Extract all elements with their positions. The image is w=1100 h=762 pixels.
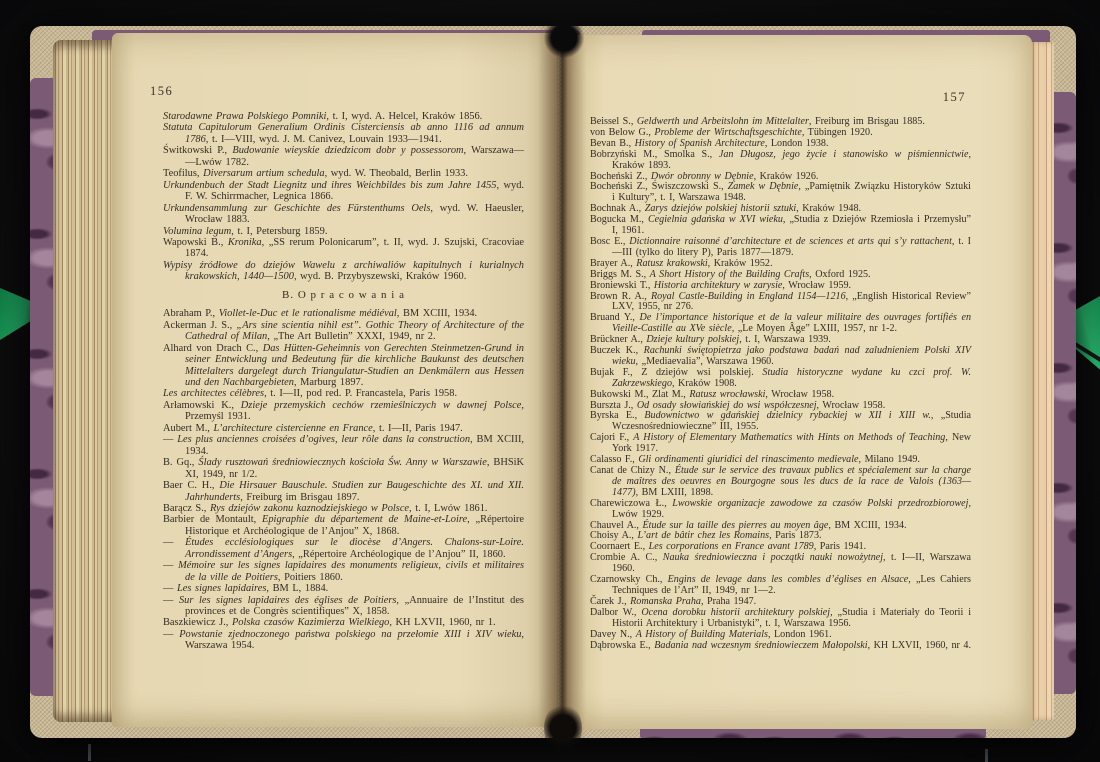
bibliography-entry: Arłamowski K., Dzieje przemyskich cechów…	[163, 400, 524, 423]
sources-list: Starodawne Prawa Polskiego Pomniki, t. I…	[163, 111, 524, 283]
bibliography-entry: Bruand Y., De l’importance historique et…	[590, 313, 971, 335]
marbled-cover-right-edge	[1051, 92, 1076, 694]
bibliography-entry: Aubert M., L’architecture cistercienne e…	[163, 423, 524, 434]
bibliography-entry: Baszkiewicz J., Polska czasów Kazimierza…	[163, 617, 524, 628]
bibliography-entry: Dąbrowska E., Badania nad wczesnym średn…	[590, 641, 971, 652]
bibliography-entry: Ackerman J. S., „Ars sine scientia nihil…	[163, 320, 524, 343]
bibliography-entry: — Études ecclésiologiques sur le diocèse…	[163, 537, 524, 560]
marbled-cover-left-edge	[30, 78, 53, 696]
right-page: 157 Beissel S., Geldwerth und Arbeitsloh…	[562, 35, 1032, 729]
bibliography-entry: Dalbor W., Ocena dorobku historii archit…	[590, 608, 971, 630]
entries-list: Beissel S., Geldwerth und Arbeitslohn im…	[590, 117, 971, 651]
bibliography-entry: Barącz S., Rys dziejów zakonu kaznodziej…	[163, 503, 524, 514]
bibliography-entry: Bujak F., Z dziejów wsi polskiej. Studia…	[590, 368, 971, 390]
bibliography-entry: Bogucka M., Cegielnia gdańska w XVI wiek…	[590, 215, 971, 237]
bibliography-entry: Wypisy źródłowe do dziejów Wawelu z arch…	[163, 260, 524, 283]
bibliography-entry: Starodawne Prawa Polskiego Pomniki, t. I…	[163, 111, 524, 122]
bibliography-entry: Baer C. H., Die Hirsauer Bauschule. Stud…	[163, 480, 524, 503]
bookmark-ribbon-left	[0, 288, 32, 340]
bibliography-entry: Czarnowsky Ch., Engins de levage dans le…	[590, 575, 971, 597]
spine-notch-bottom	[544, 702, 582, 754]
bibliography-entry: Urkundensammlung zur Geschichte des Fürs…	[163, 203, 524, 226]
page-number-left: 156	[150, 84, 173, 99]
open-book: 156 Starodawne Prawa Polskiego Pomniki, …	[30, 26, 1076, 738]
scanner-mark-left	[88, 744, 91, 761]
bibliography-entry: Barbier de Montault, Epigraphie du dépar…	[163, 514, 524, 537]
book-scan: 156 Starodawne Prawa Polskiego Pomniki, …	[0, 0, 1100, 762]
bibliography-entry: Świtkowski P., Budowanie wieyskie dziedz…	[163, 145, 524, 168]
bibliography-entry: Bocheński Z., Świszczowski S., Zamek w D…	[590, 182, 971, 204]
bibliography-entry: B. Gq., Ślady rusztowań średniowiecznych…	[163, 457, 524, 480]
bibliography-entry: Volumina legum, t. I, Petersburg 1859.	[163, 226, 524, 237]
bibliography-entry: — Les signes lapidaires, BM L, 1884.	[163, 583, 524, 594]
bibliography-entry: Abraham P., Viollet-le-Duc et le rationa…	[163, 308, 524, 319]
right-page-text: Beissel S., Geldwerth und Arbeitslohn im…	[590, 117, 971, 651]
bibliography-entry: — Les plus anciennes croisées d’ogives, …	[163, 434, 524, 457]
section-heading: B. O p r a c o w a n i a	[163, 290, 524, 301]
bibliography-entry: Buczek K., Rachunki świętopietrza jako p…	[590, 346, 971, 368]
bibliography-entry: Wapowski B., Kronika, „SS rerum Polonica…	[163, 237, 524, 260]
bibliography-entry: Cajori F., A History of Elementary Mathe…	[590, 433, 971, 455]
bibliography-entry: Brown R. A., Royal Castle-Building in En…	[590, 292, 971, 314]
bibliography-entry: Statuta Capitulorum Generalium Ordinis C…	[163, 122, 524, 145]
spine-notch-top	[544, 18, 584, 58]
page-number-right: 157	[943, 90, 966, 105]
bibliography-entry: Byrska E., Budownictwo w gdańskiej dziel…	[590, 411, 971, 433]
page-stack-right-edge	[1030, 42, 1054, 720]
bibliography-entry: Charewiczowa Ł., Lwowskie organizacje za…	[590, 499, 971, 521]
scanner-mark-right	[985, 749, 988, 762]
bibliography-entry: Bobrzyński M., Smolka S., Jan Długosz, j…	[590, 150, 971, 172]
bibliography-entry: Crombie A. C., Nauka średniowieczna i po…	[590, 553, 971, 575]
bibliography-entry: Teofilus, Diversarum artium schedula, wy…	[163, 168, 524, 179]
left-page: 156 Starodawne Prawa Polskiego Pomniki, …	[112, 33, 558, 727]
bibliography-entry: — Sur les signes lapidaires des églises …	[163, 595, 524, 618]
bibliography-entry: Bosc E., Dictionnaire raisonné d’archite…	[590, 237, 971, 259]
bibliography-entry: — Mémoire sur les signes lapidaires des …	[163, 560, 524, 583]
bibliography-entry: Les architectes célèbres, t. I—II, pod r…	[163, 388, 524, 399]
bibliography-entry: Canat de Chizy N., Étude sur le service …	[590, 466, 971, 499]
left-page-text: Starodawne Prawa Polskiego Pomniki, t. I…	[163, 111, 524, 652]
bibliography-entry: Urkundenbuch der Stadt Liegnitz und ihre…	[163, 180, 524, 203]
bibliography-entry: — Powstanie zjednoczonego państwa polski…	[163, 629, 524, 652]
works-list: Abraham P., Viollet-le-Duc et le rationa…	[163, 308, 524, 652]
bibliography-entry: Alhard von Drach C., Das Hütten-Geheimni…	[163, 343, 524, 389]
